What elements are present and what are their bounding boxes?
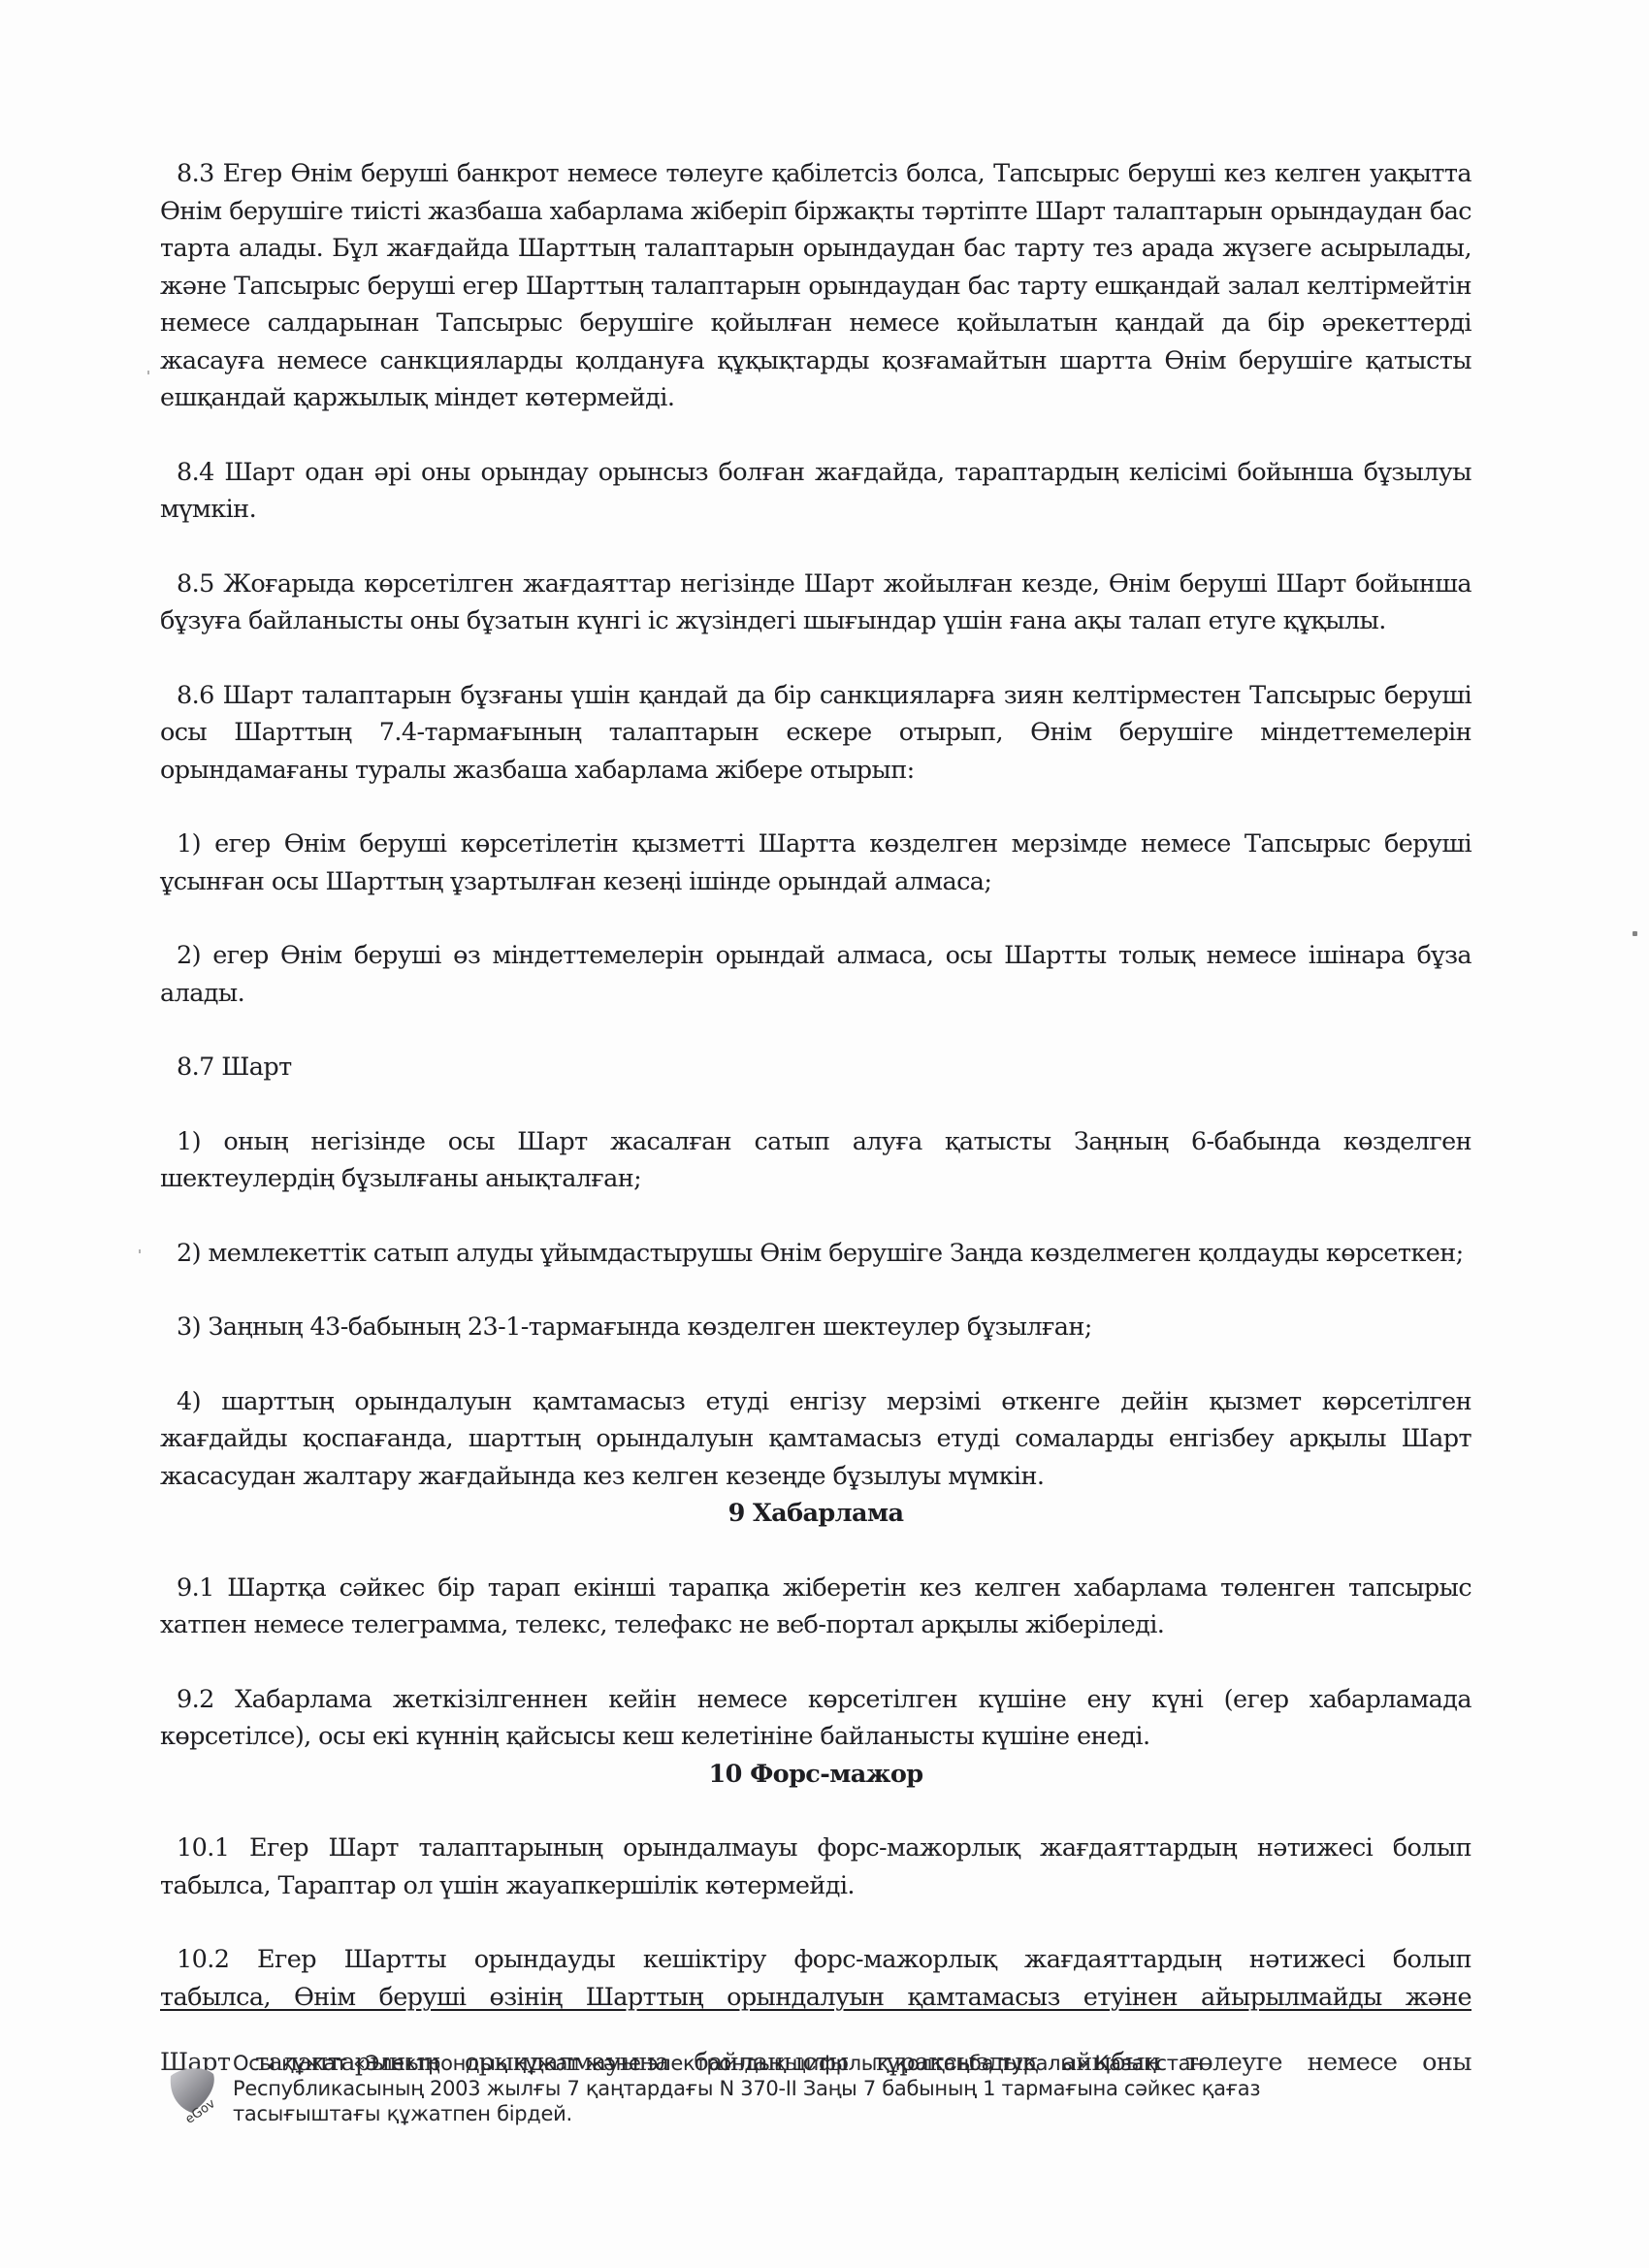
scan-mark bbox=[147, 371, 149, 374]
notice-line-2: Республикасының 2003 жылғы 7 қаңтардағы … bbox=[233, 2076, 1300, 2101]
clause-9-1: 9.1 Шартқа сәйкес бір тарап екінші тарап… bbox=[160, 1570, 1471, 1644]
clause-8-5: 8.5 Жоғарыда көрсетілген жағдаяттар негі… bbox=[160, 566, 1471, 640]
clause-8-4: 8.4 Шарт одан әрі оны орындау орынсыз бо… bbox=[160, 454, 1471, 529]
document-body: 8.3 Егер Өнім беруші банкрот немесе төле… bbox=[160, 155, 1471, 2016]
clause-8-7-item-3: 3) Заңның 43-бабының 23-1-тармағында көз… bbox=[160, 1309, 1471, 1346]
electronic-document-notice: Осы құжат «Электрондық құжат және электр… bbox=[233, 2051, 1300, 2126]
section-10-heading: 10 Форс-мажор bbox=[160, 1756, 1471, 1794]
egov-logo-icon: eGov bbox=[163, 2064, 223, 2124]
clause-8-7-item-4: 4) шарттың орындалуын қамтамасыз етуді е… bbox=[160, 1383, 1471, 1496]
clause-8-6-item-1: 1) егер Өнім беруші көрсетілетін қызметт… bbox=[160, 826, 1471, 900]
scan-mark bbox=[139, 1249, 141, 1253]
clause-8-6: 8.6 Шарт талаптарын бұзғаны үшін қандай … bbox=[160, 677, 1471, 790]
document-page: 8.3 Егер Өнім беруші банкрот немесе төле… bbox=[0, 0, 1649, 2268]
clause-9-2: 9.2 Хабарлама жеткізілгеннен кейін немес… bbox=[160, 1681, 1471, 1756]
section-9-heading: 9 Хабарлама bbox=[160, 1495, 1471, 1533]
clause-8-6-item-2: 2) егер Өнім беруші өз міндеттемелерін о… bbox=[160, 937, 1471, 1012]
clause-8-7: 8.7 Шарт bbox=[160, 1049, 1471, 1086]
notice-line-3: тасығыштағы құжатпен бірдей. bbox=[233, 2101, 1300, 2126]
clause-10-1: 10.1 Егер Шарт талаптарының орындалмауы … bbox=[160, 1830, 1471, 1904]
clause-8-7-item-2: 2) мемлекеттік сатып алуды ұйымдастырушы… bbox=[160, 1235, 1471, 1273]
scan-speck bbox=[1633, 931, 1637, 936]
clause-10-2-line-2: табылса, Өнім беруші өзінің Шарттың орын… bbox=[160, 1979, 1471, 2017]
notice-line-1: Осы құжат «Электрондық құжат және электр… bbox=[233, 2051, 1300, 2076]
clause-8-7-item-1: 1) оның негізінде осы Шарт жасалған саты… bbox=[160, 1123, 1471, 1198]
clause-8-3: 8.3 Егер Өнім беруші банкрот немесе төле… bbox=[160, 155, 1471, 417]
clause-10-2-line-1: 10.2 Егер Шартты орындауды кешіктіру фор… bbox=[160, 1941, 1471, 1979]
